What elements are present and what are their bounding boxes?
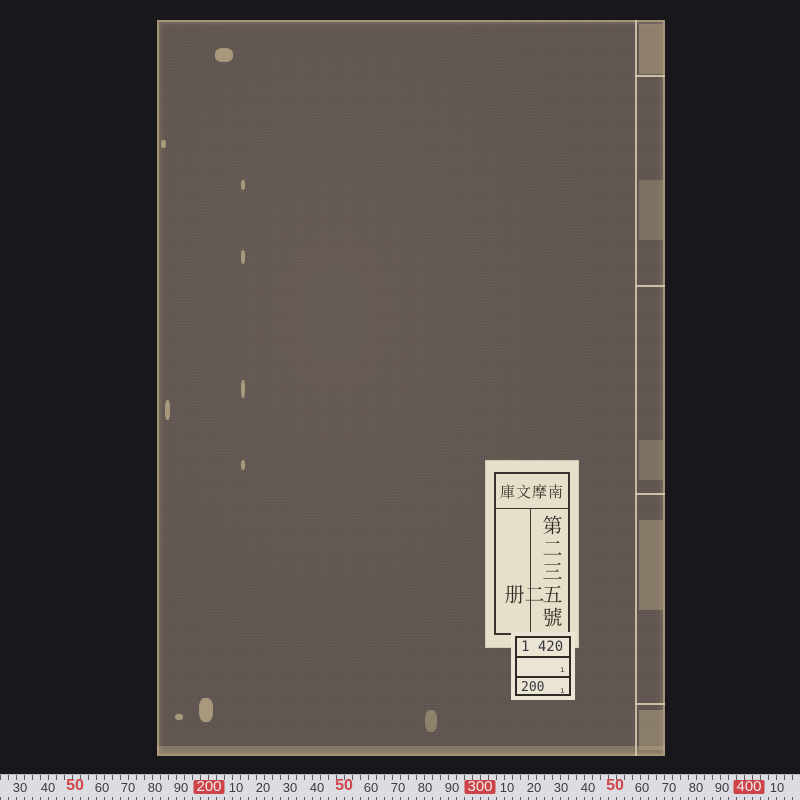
catalogue-tag-row-3: 200 ı bbox=[517, 678, 569, 696]
wear-spot bbox=[215, 48, 233, 62]
catalogue-tag-value-1: 1 420 bbox=[521, 639, 563, 655]
binding-stitch bbox=[635, 75, 665, 77]
ruler-label: 50 bbox=[66, 779, 84, 793]
spine-wear bbox=[639, 24, 663, 74]
catalogue-tag-mark: ı bbox=[560, 665, 565, 674]
library-label: 庫文摩南 二册 第二三五號 bbox=[486, 461, 578, 647]
ruler-label: 50 bbox=[335, 779, 353, 793]
ruler-label: 30 bbox=[283, 781, 297, 795]
ruler-label: 30 bbox=[13, 781, 27, 795]
wear-spot bbox=[241, 380, 245, 398]
ruler-label: 20 bbox=[256, 781, 270, 795]
wear-spot bbox=[199, 698, 213, 722]
ruler-label: 80 bbox=[689, 781, 703, 795]
ruler-label: 90 bbox=[445, 781, 459, 795]
binding-stitch bbox=[635, 285, 665, 287]
wear-spot bbox=[241, 460, 245, 470]
ruler-label: 40 bbox=[310, 781, 324, 795]
book-cover bbox=[157, 20, 665, 756]
ruler-label: 60 bbox=[364, 781, 378, 795]
ruler-label: 10 bbox=[500, 781, 514, 795]
ruler-label: 10 bbox=[229, 781, 243, 795]
ruler-label: 30 bbox=[554, 781, 568, 795]
binding-stitch bbox=[635, 703, 665, 705]
ruler-label: 90 bbox=[174, 781, 188, 795]
spine-wear bbox=[639, 520, 663, 610]
catalogue-tag-row-1: 1 420 bbox=[517, 638, 569, 658]
wear-spot bbox=[175, 714, 183, 720]
catalogue-tag-row-2: ı bbox=[517, 658, 569, 678]
label-frame: 庫文摩南 二册 第二三五號 bbox=[494, 472, 570, 635]
catalogue-number: 第二三五號 bbox=[541, 515, 561, 630]
spine-wear bbox=[639, 710, 663, 750]
ruler-label: 300 bbox=[464, 780, 495, 794]
label-header: 庫文摩南 bbox=[496, 474, 568, 509]
label-number-column: 第二三五號 bbox=[531, 509, 568, 633]
ruler-label: 70 bbox=[662, 781, 676, 795]
ruler-label: 10 bbox=[770, 781, 784, 795]
label-volumes-column: 二册 bbox=[496, 509, 531, 633]
ruler-label: 40 bbox=[581, 781, 595, 795]
wear-spot bbox=[425, 710, 437, 732]
ruler-label: 40 bbox=[41, 781, 55, 795]
catalogue-tag-value-3: 200 bbox=[521, 680, 544, 695]
wear-spot bbox=[161, 140, 166, 148]
binding-thread-vertical bbox=[635, 20, 637, 756]
ruler-label: 200 bbox=[193, 780, 224, 794]
catalogue-tag: 1 420 ı 200 ı bbox=[511, 632, 575, 700]
wear-spot bbox=[157, 746, 665, 754]
binding-stitch bbox=[635, 493, 665, 495]
spine-wear bbox=[639, 440, 663, 480]
ruler-label: 80 bbox=[148, 781, 162, 795]
wear-spot bbox=[165, 400, 170, 420]
ruler-label: 70 bbox=[391, 781, 405, 795]
measuring-tape: 3040506070809020010203040506070809030010… bbox=[0, 774, 800, 800]
wear-spot bbox=[241, 180, 245, 190]
ruler-label: 50 bbox=[606, 779, 624, 793]
ruler-label: 70 bbox=[121, 781, 135, 795]
catalogue-tag-mark: ı bbox=[560, 686, 565, 695]
ruler-label: 60 bbox=[635, 781, 649, 795]
catalogue-tag-frame: 1 420 ı 200 ı bbox=[515, 636, 571, 696]
spine-wear bbox=[639, 180, 663, 240]
ruler-label: 90 bbox=[715, 781, 729, 795]
ruler-label: 20 bbox=[527, 781, 541, 795]
ruler-label: 80 bbox=[418, 781, 432, 795]
photo-scene: 庫文摩南 二册 第二三五號 1 420 ı 200 ı bbox=[0, 0, 800, 800]
ruler-label: 400 bbox=[733, 780, 764, 794]
wear-spot bbox=[241, 250, 245, 264]
ruler-label: 60 bbox=[95, 781, 109, 795]
